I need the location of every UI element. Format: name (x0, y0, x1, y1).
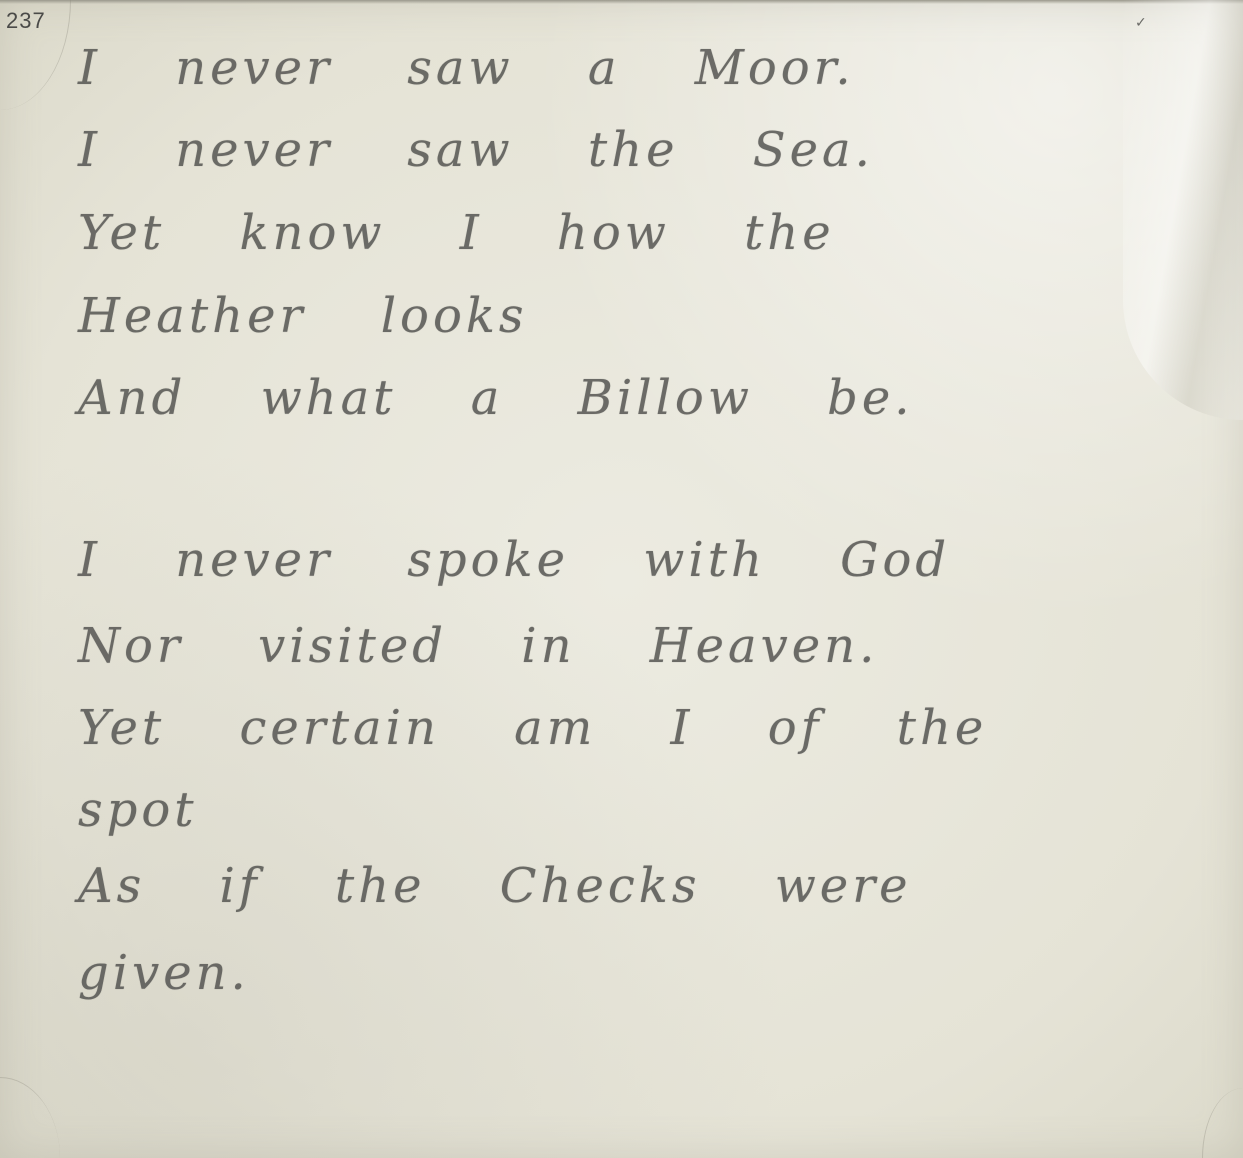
poem-line: And what a Billow be. (78, 370, 914, 426)
poem-line: I never spoke with God (78, 532, 950, 588)
poem-text: I never saw a Moor. I never saw the Sea.… (0, 0, 1243, 1158)
poem-line: given. (78, 945, 250, 1001)
poem-line: As if the Checks were (78, 858, 912, 914)
poem-line: Nor visited in Heaven. (78, 618, 878, 674)
manuscript-page: 237 ✓ I never saw a Moor. I never saw th… (0, 0, 1243, 1158)
poem-line: Heather looks (78, 288, 528, 344)
poem-line: I never saw a Moor. (78, 40, 855, 96)
poem-line: spot (78, 782, 198, 838)
poem-line: Yet know I how the (78, 205, 835, 261)
poem-line: I never saw the Sea. (78, 122, 874, 178)
poem-line: Yet certain am I of the (78, 700, 987, 756)
